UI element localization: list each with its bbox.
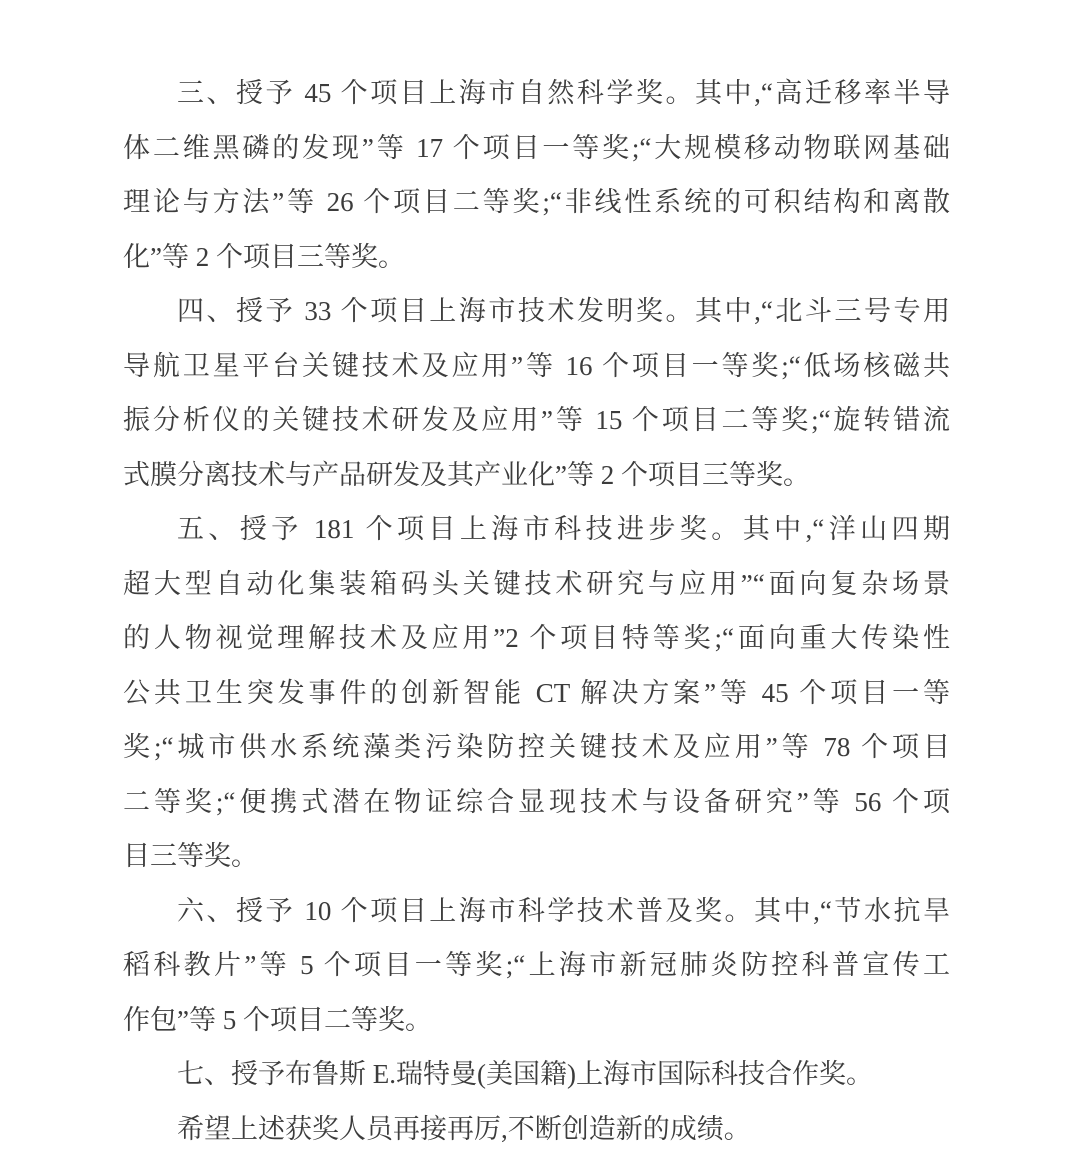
text-line: 目三等奖。 [123, 829, 950, 884]
text-line: 三、授予 45 个项目上海市自然科学奖。其中,“高迁移率半导 [123, 66, 950, 121]
paragraph-natural-science-award: 三、授予 45 个项目上海市自然科学奖。其中,“高迁移率半导 体二维黑磷的发现”… [123, 66, 950, 284]
text-line: 振分析仪的关键技术研发及应用”等 15 个项目二等奖;“旋转错流 [123, 393, 950, 448]
text-line: 化”等 2 个项目三等奖。 [123, 230, 950, 285]
text-line: 五、授予 181 个项目上海市科技进步奖。其中,“洋山四期 [123, 502, 950, 557]
text-line: 稻科教片”等 5 个项目一等奖;“上海市新冠肺炎防控科普宣传工 [123, 938, 950, 993]
paragraph-international-cooperation-award: 七、授予布鲁斯 E.瑞特曼(美国籍)上海市国际科技合作奖。 [123, 1047, 950, 1102]
paragraph-sci-tech-progress-award: 五、授予 181 个项目上海市科技进步奖。其中,“洋山四期 超大型自动化集装箱码… [123, 502, 950, 884]
paragraph-closing-remark: 希望上述获奖人员再接再厉,不断创造新的成绩。 [123, 1102, 950, 1157]
text-line: 作包”等 5 个项目二等奖。 [123, 993, 950, 1048]
text-line: 四、授予 33 个项目上海市技术发明奖。其中,“北斗三号专用 [123, 284, 950, 339]
text-line: 理论与方法”等 26 个项目二等奖;“非线性系统的可积结构和离散 [123, 175, 950, 230]
text-line: 体二维黑磷的发现”等 17 个项目一等奖;“大规模移动物联网基础 [123, 121, 950, 176]
text-line: 导航卫星平台关键技术及应用”等 16 个项目一等奖;“低场核磁共 [123, 339, 950, 394]
text-line: 的人物视觉理解技术及应用”2 个项目特等奖;“面向重大传染性 [123, 611, 950, 666]
text-line: 超大型自动化集装箱码头关键技术研究与应用”“面向复杂场景 [123, 557, 950, 612]
text-line: 希望上述获奖人员再接再厉,不断创造新的成绩。 [123, 1102, 950, 1157]
paragraph-technical-invention-award: 四、授予 33 个项目上海市技术发明奖。其中,“北斗三号专用 导航卫星平台关键技… [123, 284, 950, 502]
text-line: 公共卫生突发事件的创新智能 CT 解决方案”等 45 个项目一等 [123, 666, 950, 721]
document-body: 三、授予 45 个项目上海市自然科学奖。其中,“高迁移率半导 体二维黑磷的发现”… [123, 66, 950, 1156]
text-line: 六、授予 10 个项目上海市科学技术普及奖。其中,“节水抗旱 [123, 884, 950, 939]
paragraph-science-popularization-award: 六、授予 10 个项目上海市科学技术普及奖。其中,“节水抗旱 稻科教片”等 5 … [123, 884, 950, 1048]
text-line: 式膜分离技术与产品研发及其产业化”等 2 个项目三等奖。 [123, 448, 950, 503]
text-line: 二等奖;“便携式潜在物证综合显现技术与设备研究”等 56 个项 [123, 775, 950, 830]
text-line: 七、授予布鲁斯 E.瑞特曼(美国籍)上海市国际科技合作奖。 [123, 1047, 950, 1102]
text-line: 奖;“城市供水系统藻类污染防控关键技术及应用”等 78 个项目 [123, 720, 950, 775]
document-page: 三、授予 45 个项目上海市自然科学奖。其中,“高迁移率半导 体二维黑磷的发现”… [0, 0, 1080, 1158]
